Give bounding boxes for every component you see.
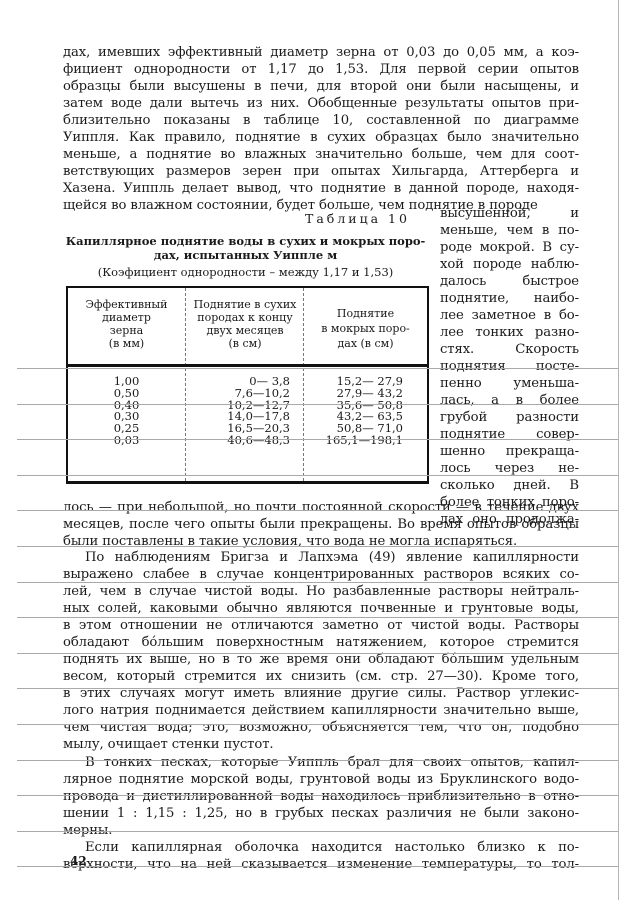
text-line: высушенной, и bbox=[440, 205, 579, 222]
text-line: ветствующих размеров зерен при опытах Хи… bbox=[63, 163, 579, 180]
table-cell: 0,03 bbox=[68, 435, 185, 447]
text-line: образцы были высушены в печи, для второй… bbox=[63, 78, 579, 95]
table-title-line: Капиллярное поднятие воды в сухих и мокр… bbox=[63, 234, 428, 248]
text-line: меньше, чем в по- bbox=[440, 222, 579, 239]
scan-line bbox=[17, 439, 618, 440]
text-line: фициент однородности от 1,17 до 1,53. Дл… bbox=[63, 61, 579, 78]
scan-right-border bbox=[618, 0, 619, 900]
paragraph-briggs-lapham: По наблюдениям Бригза и Лапхэма (49) явл… bbox=[63, 549, 579, 753]
scan-line bbox=[17, 760, 618, 761]
table-title-line: дах, испытанных Уиппле м bbox=[63, 248, 428, 262]
text-line: хой породе наблю- bbox=[440, 256, 579, 273]
text-line: роде мокрой. В су- bbox=[440, 239, 579, 256]
text-line: лярное поднятие морской воды, грунтовой … bbox=[63, 771, 579, 788]
text-line: Если капиллярная оболочка находится наст… bbox=[63, 839, 579, 856]
scan-line bbox=[17, 475, 618, 476]
text-line: дах, имевших эффективный диаметр зерна о… bbox=[63, 44, 579, 61]
table-header-rule bbox=[68, 288, 427, 367]
text-line: в этом отношении не отличаются заметно о… bbox=[63, 617, 579, 634]
capillary-rise-table: Эффективныйдиаметрзерна(в мм) 1,000,500,… bbox=[66, 286, 429, 484]
text-line: лее тонких разно- bbox=[440, 324, 579, 341]
values-wet-rise: 15,2— 27,927,9— 43,235,6— 50,843,2— 63,5… bbox=[304, 376, 427, 447]
table-label: Таблица 10 bbox=[305, 211, 410, 226]
text-line: меньше, а поднятие во влажных значительн… bbox=[63, 146, 579, 163]
text-line: поднятие, наибо- bbox=[440, 290, 579, 307]
text-line: В тонких песках, которые Уиппль брал для… bbox=[63, 754, 579, 771]
text-line: лась, а в более bbox=[440, 392, 579, 409]
text-line: провода и дистиллированной воды находило… bbox=[63, 788, 579, 805]
text-line: поднятия посте- bbox=[440, 358, 579, 375]
values-diameter: 1,000,500,400,300,250,03 bbox=[68, 376, 185, 447]
text-line: лее заметное в бо- bbox=[440, 307, 579, 324]
scan-line bbox=[17, 866, 618, 867]
scan-line bbox=[17, 653, 618, 654]
side-column-text: высушенной, именьше, чем в по-роде мокро… bbox=[440, 205, 579, 528]
text-line: лось — при небольшой, но почти постоянно… bbox=[63, 499, 579, 516]
scan-line bbox=[17, 368, 618, 369]
table-cell: 40,6—48,3 bbox=[186, 435, 290, 447]
scan-line bbox=[17, 724, 618, 725]
paragraph-continuation: лось — при небольшой, но почти постоянно… bbox=[63, 499, 579, 550]
table-subtitle: (Коэфициент однородности – между 1,17 и … bbox=[63, 265, 428, 279]
paragraph-intro: дах, имевших эффективный диаметр зерна о… bbox=[63, 44, 579, 214]
text-line: Уиппля. Как правило, поднятие в сухих об… bbox=[63, 129, 579, 146]
table-cell: 165,1—198,1 bbox=[304, 435, 403, 447]
text-line: обладают бо́льшим поверхностным натяжени… bbox=[63, 634, 579, 651]
paragraph-capillary-fringe: Если капиллярная оболочка находится наст… bbox=[63, 839, 579, 873]
text-line: далось быстрое bbox=[440, 273, 579, 290]
text-line: поднятие совер- bbox=[440, 426, 579, 443]
text-line: шенно прекраща- bbox=[440, 443, 579, 460]
table-title: Капиллярное поднятие воды в сухих и мокр… bbox=[63, 234, 428, 262]
scan-line bbox=[17, 582, 618, 583]
text-line: затем воде дали вытечь из них. Обобщенны… bbox=[63, 95, 579, 112]
text-line: Хазена. Уиппль делает вывод, что подняти… bbox=[63, 180, 579, 197]
text-line: близительно показаны в таблице 10, соста… bbox=[63, 112, 579, 129]
scan-line bbox=[17, 404, 618, 405]
scan-line bbox=[17, 617, 618, 618]
text-line: мылу, очищает стенки пустот. bbox=[63, 736, 579, 753]
text-line: лого натрия поднимается действием капилл… bbox=[63, 702, 579, 719]
scan-line bbox=[17, 688, 618, 689]
scan-line bbox=[17, 510, 618, 511]
text-line: пенно уменьша- bbox=[440, 375, 579, 392]
text-line: выражено слабее в случае концентрированн… bbox=[63, 566, 579, 583]
text-line: стях. Скорость bbox=[440, 341, 579, 358]
paragraph-fine-sands: В тонких песках, которые Уиппль брал для… bbox=[63, 754, 579, 839]
scan-line bbox=[17, 831, 618, 832]
text-line: грубой разности bbox=[440, 409, 579, 426]
text-line: верхности, что на ней сказывается измене… bbox=[63, 856, 579, 873]
text-line: По наблюдениям Бригза и Лапхэма (49) явл… bbox=[63, 549, 579, 566]
scanned-book-page: дах, имевших эффективный диаметр зерна о… bbox=[0, 0, 636, 900]
text-line: были поставлены в такие условия, что вод… bbox=[63, 533, 579, 550]
scan-line bbox=[17, 795, 618, 796]
text-line: ных солей, каковыми обычно являются почв… bbox=[63, 600, 579, 617]
values-dry-rise: 0— 3,87,6—10,210,2—12,714,0—17,816,5—20,… bbox=[186, 376, 304, 447]
text-line: весом, который стремится их снизить (см.… bbox=[63, 668, 579, 685]
scan-line bbox=[17, 546, 618, 547]
text-line: лей, чем в случае чистой воды. Но разбав… bbox=[63, 583, 579, 600]
text-line: чем чистая вода; это, возможно, объясняе… bbox=[63, 719, 579, 736]
text-line: сколько дней. В bbox=[440, 477, 579, 494]
text-line: шении 1 : 1,15 : 1,25, но в грубых песка… bbox=[63, 805, 579, 822]
text-line: месяцев, после чего опыты были прекращен… bbox=[63, 516, 579, 533]
